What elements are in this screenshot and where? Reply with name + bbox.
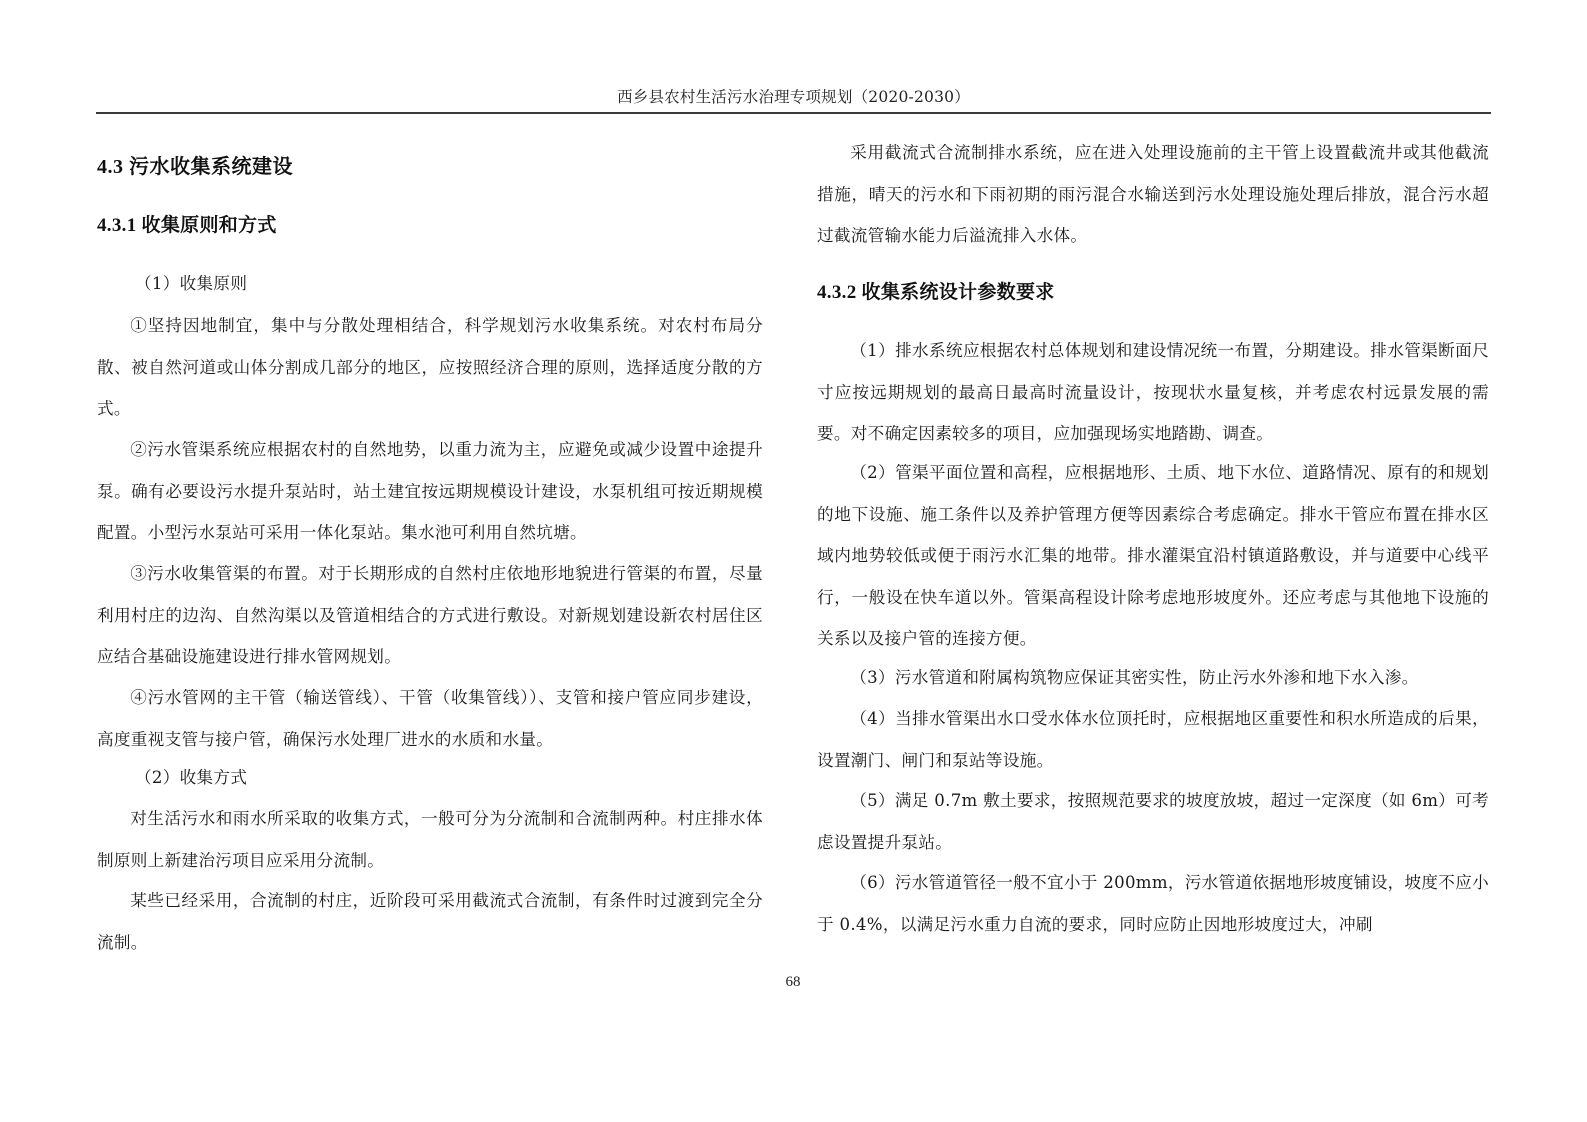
requirement-5: （5）满足 0.7m 敷土要求，按照规范要求的坡度放坡，超过一定深度（如 6m）…: [817, 780, 1489, 863]
header-divider: [96, 112, 1491, 114]
subsection-title-432: 4.3.2 收集系统设计参数要求: [817, 279, 1489, 307]
requirement-3: （3）污水管道和附属构筑物应保证其密实性，防止污水外渗和地下水入渗。: [817, 657, 1489, 699]
page-header: 西乡县农村生活污水治理专项规划（2020-2030）: [96, 86, 1491, 108]
principle-3: ③污水收集管渠的布置。对于长期形成的自然村庄依地形地貌进行管渠的布置，尽量利用村…: [97, 553, 763, 678]
method-1: 对生活污水和雨水所采取的收集方式，一般可分为分流制和合流制两种。村庄排水体制原则…: [97, 798, 763, 881]
section-title: 4.3 污水收集系统建设: [97, 153, 763, 181]
subsection-title: 4.3.1 收集原则和方式: [97, 212, 763, 240]
part1-label: （1）收集原则: [97, 263, 801, 305]
method-2: 某些已经采用，合流制的村庄，近阶段可采用截流式合流制，有条件时过渡到完全分流制。: [97, 880, 763, 963]
principle-2: ②污水管渠系统应根据农村的自然地势，以重力流为主，应避免或减少设置中途提升泵。确…: [97, 429, 763, 554]
principle-1: ①坚持因地制宜，集中与分散处理相结合，科学规划污水收集系统。对农村布局分散、被自…: [97, 305, 763, 430]
intro-paragraph: 采用截流式合流制排水系统，应在进入处理设施前的主干管上设置截流井或其他截流措施，…: [817, 132, 1489, 257]
requirement-1: （1）排水系统应根据农村总体规划和建设情况统一布置，分期建设。排水管渠断面尺寸应…: [817, 330, 1489, 455]
principle-4: ④污水管网的主干管（输送管线）、干管（收集管线））、支管和接户管应同步建设，高度…: [97, 677, 763, 760]
requirement-2: （2）管渠平面位置和高程，应根据地形、土质、地下水位、道路情况、原有的和规划的地…: [817, 452, 1489, 660]
requirement-4: （4）当排水管渠出水口受水体水位顶托时，应根据地区重要性和积水所造成的后果，设置…: [817, 698, 1489, 781]
requirement-6: （6）污水管道管径一般不宜小于 200mm，污水管道依据地形坡度铺设，坡度不应小…: [817, 862, 1489, 945]
page-number: 68: [743, 974, 843, 991]
part2-label: （2）收集方式: [97, 757, 801, 799]
